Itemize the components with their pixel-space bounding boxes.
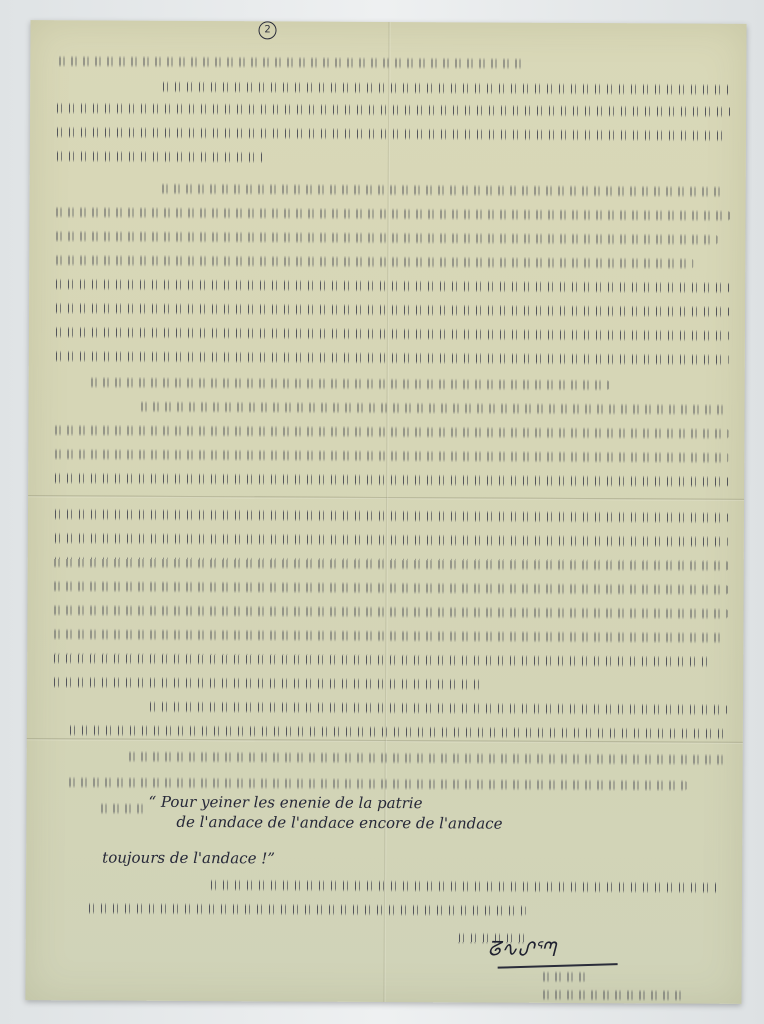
handwritten-line (98, 802, 148, 814)
handwritten-line (54, 206, 730, 222)
signature: ᘔ∿ᔑᕐᘉ (488, 937, 556, 961)
handwritten-line (51, 676, 481, 690)
handwritten-line (53, 326, 729, 342)
french-quote-line-3: toujours de l'andace !” (102, 849, 275, 868)
handwritten-line (56, 55, 526, 69)
signatory-designation (540, 989, 685, 1002)
signature-underline (498, 963, 618, 968)
handwritten-line (52, 424, 728, 440)
handwritten-line (89, 376, 609, 391)
handwritten-line (52, 580, 728, 596)
handwritten-line (160, 81, 730, 96)
handwritten-line (53, 302, 729, 318)
handwritten-line (53, 278, 729, 294)
handwritten-line (67, 776, 687, 791)
page-number: 2 (258, 21, 276, 39)
handwritten-line (51, 628, 721, 644)
handwritten-line (127, 751, 727, 766)
handwritten-line (52, 472, 728, 488)
handwritten-line (52, 448, 728, 464)
handwritten-line (54, 126, 724, 142)
handwritten-line (86, 902, 526, 916)
handwritten-line (147, 701, 727, 716)
handwritten-line (53, 230, 717, 245)
handwritten-line (53, 254, 693, 269)
handwritten-line (54, 150, 264, 163)
photo-background: 2 (0, 0, 764, 1024)
handwritten-line (160, 183, 725, 198)
handwritten-line (52, 556, 728, 572)
letter-page: 2 (25, 20, 746, 1004)
handwritten-line (67, 724, 727, 739)
signatory-title (541, 971, 586, 983)
handwritten-line (51, 652, 711, 667)
handwritten-line (51, 604, 727, 620)
handwritten-line (52, 532, 728, 548)
french-quote-line-2: de l'andace de l'andace encore de l'anda… (176, 813, 502, 833)
french-quote-line-1: “ Pour yeiner les enenie de la patrie (148, 793, 422, 812)
handwritten-line (52, 508, 728, 524)
handwritten-line (54, 102, 730, 118)
handwritten-line (53, 350, 729, 366)
handwritten-line (208, 879, 718, 894)
handwritten-line (139, 401, 729, 416)
